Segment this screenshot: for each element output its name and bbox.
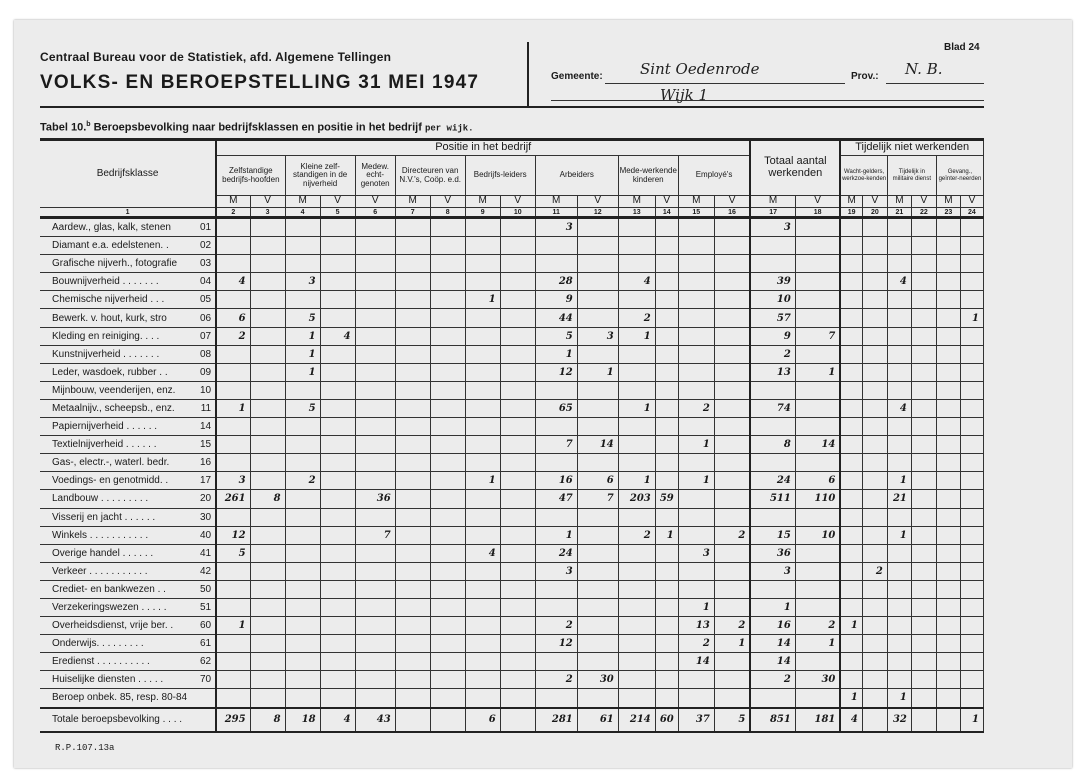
data-cell [795,598,840,616]
data-cell [395,544,430,562]
data-cell [795,345,840,363]
data-cell [355,598,395,616]
data-cell [714,598,750,616]
data-cell [250,255,285,273]
data-cell [862,580,887,598]
row-label: Totale beroepsbevolking . . . . [40,708,216,732]
data-cell: 4 [840,708,862,732]
sub-m: M [395,196,430,208]
data-cell [216,345,250,363]
data-cell: 1 [795,635,840,653]
data-cell [395,635,430,653]
data-cell [618,671,655,689]
data-cell [840,345,862,363]
data-cell [618,237,655,255]
bedrijfsklasse-code: 14 [200,421,215,432]
data-cell [862,218,887,237]
data-cell [678,580,714,598]
row-label: Eredienst . . . . . . . . . .62 [40,653,216,671]
data-cell [535,418,577,436]
data-cell [936,617,960,635]
row-label: Voedings- en genotmidd. .17 [40,472,216,490]
sub-v: V [655,196,678,208]
data-cell: 110 [795,490,840,508]
data-cell [216,635,250,653]
data-cell [960,598,983,616]
data-cell [285,562,320,580]
data-cell [887,255,911,273]
sub-m: M [465,196,500,208]
sub-m: M [618,196,655,208]
data-cell [395,345,430,363]
data-cell: 32 [887,708,911,732]
data-cell: 12 [216,526,250,544]
data-cell [714,399,750,417]
data-cell: 1 [840,617,862,635]
data-cell [840,653,862,671]
bedrijfsklasse-code: 40 [200,530,215,541]
data-cell [714,580,750,598]
data-cell [355,237,395,255]
data-cell [936,363,960,381]
data-cell [395,653,430,671]
bedrijfsklasse-name: Overheidsdienst, vrije ber. . [52,620,173,631]
data-cell [655,671,678,689]
data-cell: 1 [285,363,320,381]
data-cell [395,218,430,237]
data-cell [216,580,250,598]
row-label: Beroep onbek. 85, resp. 80-84 [40,689,216,708]
col-group-militaire-dienst: Tijdelijk in militaire dienst [887,156,936,196]
data-cell: 2 [285,472,320,490]
data-cell [250,436,285,454]
data-cell [465,580,500,598]
bedrijfsklasse-code: 07 [200,331,215,342]
data-cell [285,508,320,526]
data-cell [936,544,960,562]
data-cell [430,508,465,526]
data-cell [320,309,355,327]
data-cell: 13 [678,617,714,635]
data-cell [678,671,714,689]
row-label: Bewerk. v. hout, kurk, stro06 [40,309,216,327]
bedrijfsklasse-name: Aardew., glas, kalk, stenen [52,222,171,233]
row-label: Overige handel . . . . . .41 [40,544,216,562]
data-cell [862,653,887,671]
data-cell [285,671,320,689]
sub-v: V [320,196,355,208]
data-cell [216,689,250,708]
data-cell [395,508,430,526]
data-cell [655,635,678,653]
data-cell [355,544,395,562]
table-row: Verzekeringswezen . . . . .5111 [40,598,984,616]
table-row: Bewerk. v. hout, kurk, stro0665442571 [40,309,984,327]
data-cell [216,562,250,580]
data-cell [655,255,678,273]
data-cell: 5 [535,327,577,345]
data-cell [577,291,618,309]
data-cell [395,291,430,309]
row-label: Papiernijverheid . . . . . .14 [40,418,216,436]
data-cell [500,255,535,273]
data-cell [395,399,430,417]
data-cell: 7 [355,526,395,544]
data-cell [395,454,430,472]
row-label: Kunstnijverheid . . . . . . .08 [40,345,216,363]
data-cell [465,273,500,291]
data-cell [655,381,678,399]
data-cell: 1 [840,689,862,708]
data-cell [795,418,840,436]
data-cell [887,671,911,689]
data-cell [250,526,285,544]
data-cell: 1 [678,472,714,490]
row-label: Landbouw . . . . . . . . .20 [40,490,216,508]
table-superscript: b [86,121,90,128]
data-cell [355,671,395,689]
data-cell [285,653,320,671]
data-cell [911,708,936,732]
data-cell [655,617,678,635]
data-cell [678,490,714,508]
col-group-directeuren: Directeuren van N.V.'s, Coöp. e.d. [395,156,465,196]
column-number: 18 [795,208,840,218]
data-cell [577,345,618,363]
data-cell [250,327,285,345]
data-cell: 1 [285,327,320,345]
data-cell [795,255,840,273]
data-cell [655,218,678,237]
data-cell: 5 [285,399,320,417]
bedrijfsklasse-name: Grafische nijverh., fotografie [52,258,177,269]
data-cell [216,237,250,255]
data-cell [840,381,862,399]
data-cell [250,218,285,237]
data-cell: 12 [535,635,577,653]
data-cell [618,381,655,399]
data-cell [618,653,655,671]
data-cell: 6 [465,708,500,732]
data-cell [500,237,535,255]
data-cell [678,291,714,309]
data-cell: 7 [795,327,840,345]
sub-v: V [500,196,535,208]
data-cell [887,617,911,635]
data-cell [795,291,840,309]
data-cell [655,291,678,309]
data-cell [395,363,430,381]
data-cell [320,454,355,472]
data-cell [655,544,678,562]
data-cell [500,490,535,508]
data-cell [577,598,618,616]
column-number: 4 [285,208,320,218]
data-cell [500,708,535,732]
data-cell: 14 [577,436,618,454]
data-cell: 1 [960,708,983,732]
data-cell [320,562,355,580]
data-cell [355,399,395,417]
data-cell [216,218,250,237]
data-cell [618,418,655,436]
data-cell [960,291,983,309]
data-cell [216,598,250,616]
data-cell [655,327,678,345]
data-cell [960,490,983,508]
data-cell [911,635,936,653]
data-cell [618,508,655,526]
data-cell [862,490,887,508]
data-cell [285,454,320,472]
data-cell: 281 [535,708,577,732]
data-cell [862,635,887,653]
data-cell [960,255,983,273]
data-cell [320,653,355,671]
data-cell [714,273,750,291]
data-cell: 44 [535,309,577,327]
data-cell: 1 [285,345,320,363]
wijk-underline [551,100,984,101]
bedrijfsklasse-name: Bewerk. v. hout, kurk, stro [52,313,167,324]
data-cell: 2 [750,345,795,363]
data-cell [714,237,750,255]
data-cell [840,562,862,580]
data-cell: 181 [795,708,840,732]
data-cell [795,689,840,708]
data-cell [320,508,355,526]
data-cell [320,598,355,616]
data-cell: 30 [577,671,618,689]
data-cell: 1 [465,472,500,490]
data-cell [936,273,960,291]
data-cell [395,381,430,399]
data-cell [500,454,535,472]
data-cell [250,689,285,708]
data-cell [911,508,936,526]
column-number: 19 [840,208,862,218]
data-cell [750,508,795,526]
column-number: 17 [750,208,795,218]
data-cell [395,273,430,291]
row-label: Aardew., glas, kalk, stenen01 [40,218,216,237]
data-cell [936,218,960,237]
data-cell [887,381,911,399]
data-cell: 14 [750,635,795,653]
table-number: Tabel 10. [40,122,86,134]
bedrijfsklasse-code: 41 [200,548,215,559]
data-cell [795,580,840,598]
data-cell [714,490,750,508]
bedrijfsklasse-code: 15 [200,439,215,450]
data-cell [500,363,535,381]
data-cell [320,363,355,381]
table-row: Verkeer . . . . . . . . . . .42332 [40,562,984,580]
data-cell: 14 [750,653,795,671]
data-cell [655,508,678,526]
data-cell [678,218,714,237]
data-cell [535,454,577,472]
data-cell [500,472,535,490]
data-cell [285,436,320,454]
data-cell [960,363,983,381]
data-cell: 6 [216,309,250,327]
data-cell [936,598,960,616]
data-cell [714,508,750,526]
data-cell [618,598,655,616]
data-cell: 14 [678,653,714,671]
data-cell [465,454,500,472]
data-cell: 14 [795,436,840,454]
data-cell [500,671,535,689]
table-body: Aardew., glas, kalk, stenen0133Diamant e… [40,218,984,732]
data-cell [285,218,320,237]
data-cell: 16 [535,472,577,490]
data-cell [355,345,395,363]
bedrijfsklasse-name: Onderwijs. . . . . . . . . [52,638,144,649]
data-cell [577,508,618,526]
data-cell [862,671,887,689]
data-cell [714,363,750,381]
data-cell [500,617,535,635]
data-cell [960,237,983,255]
data-cell [500,544,535,562]
table-row: Kleding en reiniging. . . .0721453197 [40,327,984,345]
data-cell: 24 [750,472,795,490]
row-label: Chemische nijverheid . . .05 [40,291,216,309]
data-cell: 1 [678,436,714,454]
data-cell [887,218,911,237]
table-row: Visserij en jacht . . . . . .30 [40,508,984,526]
data-cell: 2 [862,562,887,580]
bedrijfsklasse-code: 62 [200,656,215,667]
data-cell [840,273,862,291]
data-cell [714,544,750,562]
data-cell [936,454,960,472]
data-cell [250,381,285,399]
row-label: Huiselijke diensten . . . . .70 [40,671,216,689]
data-cell [355,454,395,472]
prov-label: Prov.: [851,71,879,82]
data-cell: 3 [535,218,577,237]
data-cell [678,273,714,291]
column-number: 7 [395,208,430,218]
data-cell [250,273,285,291]
data-cell: 4 [887,399,911,417]
data-cell [655,562,678,580]
bedrijfsklasse-code: 51 [200,602,215,613]
col-header-positie: Positie in het bedrijf [216,140,750,156]
data-cell [430,309,465,327]
data-cell [887,237,911,255]
data-cell [320,345,355,363]
sub-m: M [216,196,250,208]
data-cell [678,237,714,255]
data-cell [840,309,862,327]
data-cell [355,309,395,327]
data-cell [840,508,862,526]
data-cell [320,255,355,273]
table-row: Textielnijverheid . . . . . .157141814 [40,436,984,454]
data-cell [535,580,577,598]
bedrijfsklasse-code: 42 [200,566,215,577]
data-cell: 5 [216,544,250,562]
data-cell [936,708,960,732]
data-cell [430,472,465,490]
data-cell [395,472,430,490]
table-row: Overige handel . . . . . .415424336 [40,544,984,562]
table-row: Overheidsdienst, vrije ber. .60121321621 [40,617,984,635]
bedrijfsklasse-name: Leder, wasdoek, rubber . . [52,367,168,378]
data-cell [320,671,355,689]
bedrijfsklasse-name: Crediet- en bankwezen . . [52,584,166,595]
sub-v: V [911,196,936,208]
data-cell [395,418,430,436]
data-cell: 10 [795,526,840,544]
data-cell [250,345,285,363]
data-cell [250,363,285,381]
column-number: 15 [678,208,714,218]
sub-v: V [250,196,285,208]
data-cell [911,255,936,273]
data-cell [960,653,983,671]
data-cell [430,218,465,237]
col-group-medewerkende-kinderen: Mede-werkende kinderen [618,156,678,196]
header-divider [527,42,529,108]
data-cell [911,345,936,363]
data-cell [465,237,500,255]
data-cell [285,255,320,273]
data-cell [430,237,465,255]
bedrijfsklasse-name: Overige handel . . . . . . [52,548,153,559]
data-cell [862,291,887,309]
data-cell [936,327,960,345]
data-cell [960,418,983,436]
data-cell: 8 [250,490,285,508]
data-cell [250,399,285,417]
data-cell [395,237,430,255]
bedrijfsklasse-name: Papiernijverheid . . . . . . [52,421,157,432]
data-cell [355,327,395,345]
col-group-medew-echtgenoten: Medew. echt-genoten [355,156,395,196]
data-cell [465,598,500,616]
data-cell [355,363,395,381]
gemeente-underline [605,83,845,84]
data-cell: 1 [618,399,655,417]
table-row: Kunstnijverheid . . . . . . .08112 [40,345,984,363]
data-cell [577,689,618,708]
data-cell [911,580,936,598]
data-cell [355,436,395,454]
data-cell: 59 [655,490,678,508]
data-cell [535,653,577,671]
data-cell [395,617,430,635]
data-cell [911,562,936,580]
data-cell [840,255,862,273]
table-row: Landbouw . . . . . . . . .20261836477203… [40,490,984,508]
bedrijfsklasse-code: 05 [200,294,215,305]
data-cell [862,689,887,708]
data-cell [320,617,355,635]
data-cell [618,363,655,381]
data-cell [840,544,862,562]
data-cell [750,255,795,273]
data-cell: 24 [535,544,577,562]
data-cell: 2 [795,617,840,635]
data-cell [840,580,862,598]
bedrijfsklasse-code: 02 [200,240,215,251]
data-cell: 30 [795,671,840,689]
